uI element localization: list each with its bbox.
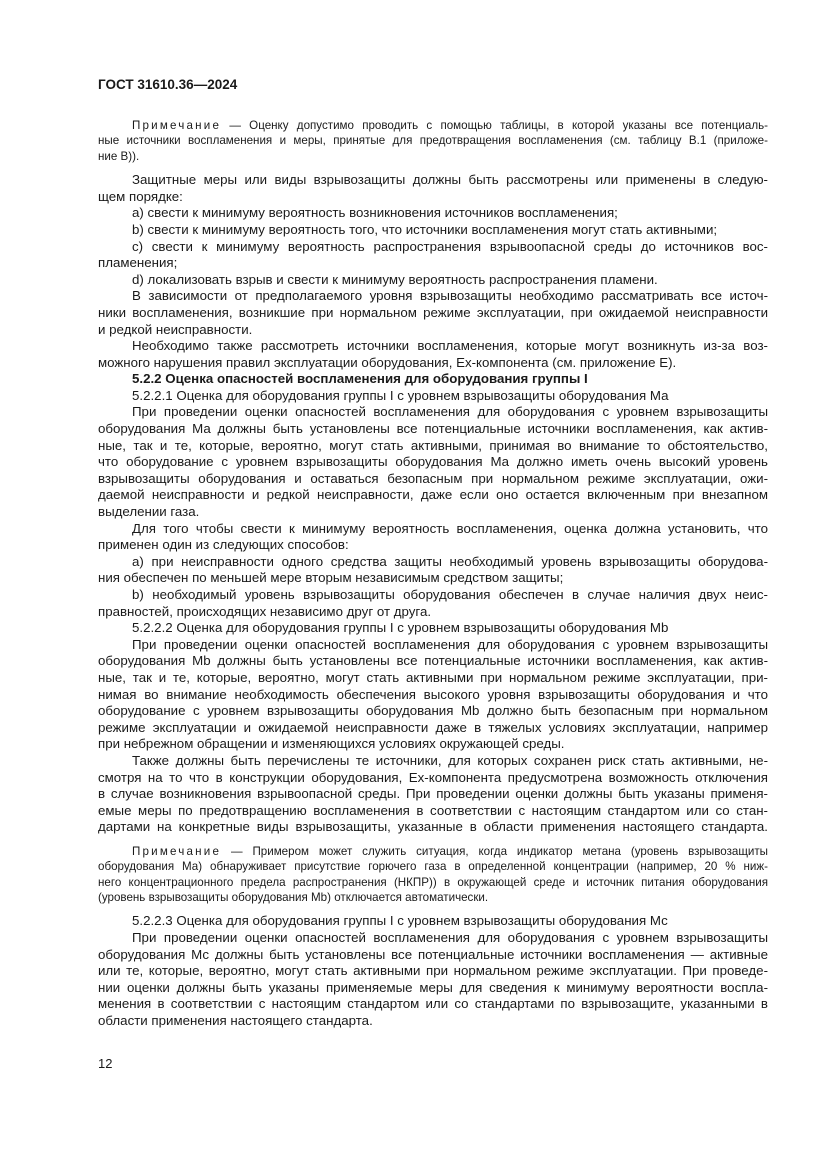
paragraph-line: применен один из следующих способов: [98,537,768,554]
note-label: Примечание [132,119,221,132]
paragraph-line: режиме эксплуатации и ожидаемой неисправ… [98,720,768,737]
paragraph-line: Необходимо также рассмотреть источники в… [98,338,768,355]
paragraph-line: При проведении оценки опасностей восплам… [98,930,768,947]
list-item-cont: ния обеспечен по меньшей мере вторым нез… [98,570,768,587]
paragraph-line: взрывозащиты оборудования и оставаться б… [98,471,768,488]
subsection-heading: 5.2.2.1 Оценка для оборудования группы I… [98,388,768,405]
paragraph-line: В зависимости от предполагаемого уровня … [98,288,768,305]
paragraph-line: При проведении оценки опасностей восплам… [98,404,768,421]
paragraph-line: оборудование с уровнем взрывозащиты обор… [98,703,768,720]
list-item-cont: пламенения; [98,255,768,272]
note-line: Примечание — Примером может служить ситу… [98,844,768,859]
paragraph-line: Защитные меры или виды взрывозащиты долж… [98,172,768,189]
paragraph-line: емые меры по предотвращению воспламенени… [98,803,768,820]
paragraph-line: или те, которые, вероятно, могут стать а… [98,963,768,980]
paragraph-line: в случае возникновения взрывоопасной сре… [98,786,768,803]
note-line: ные источники воспламенения и меры, прин… [98,133,768,148]
paragraph-line: оборудования Mb должны быть установлены … [98,653,768,670]
paragraph-line: нимая во внимание необходимость обеспече… [98,687,768,704]
note-block: Примечание — Примером может служить ситу… [98,844,768,906]
note-line: Примечание — Оценку допустимо проводить … [98,118,768,133]
paragraph-line: выделении газа. [98,504,768,521]
subsection-5222: 5.2.2.2 Оценка для оборудования группы I… [98,620,768,913]
section-heading: 5.2.2 Оценка опасностей воспламенения дл… [98,371,768,388]
note-label: Примечание [132,845,221,858]
document-page: ГОСТ 31610.36—2024 Примечание — Оценку д… [0,0,827,1169]
note-line: (уровень взрывозащиты оборудования Mb) о… [98,890,768,905]
note-line: него концентрационного предела распростр… [98,875,768,890]
note-line: ние В)). [98,149,768,164]
paragraph-line: области применения настоящего стандарта. [98,1013,768,1030]
paragraph-line: ники воспламенения, возникшие при нормал… [98,305,768,322]
page-number: 12 [98,1056,112,1071]
list-item: a) при неисправности одного средства защ… [98,554,768,571]
list-item-cont: правностей, происходящих независимо друг… [98,604,768,621]
paragraph-line: при небрежном обращении и изменяющихся у… [98,736,768,753]
subsection-heading: 5.2.2.2 Оценка для оборудования группы I… [98,620,768,637]
paragraph-line: щем порядке: [98,189,768,206]
paragraph-line: оборудования Ма должны быть установлены … [98,421,768,438]
paragraph-line: даемой неисправности и редкой неисправно… [98,487,768,504]
list-item: d) локализовать взрыв и свести к минимум… [98,272,768,289]
page-body: Примечание — Оценку допустимо проводить … [98,118,768,1030]
paragraph-line: дартами на конкретные виды взрывозащиты,… [98,819,768,836]
paragraph-line: ные, так и те, которые, вероятно, могут … [98,670,768,687]
paragraph-line: При проведении оценки опасностей восплам… [98,637,768,654]
subsection-5223: 5.2.2.3 Оценка для оборудования группы I… [98,913,768,1029]
subsection-heading: 5.2.2.3 Оценка для оборудования группы I… [98,913,768,930]
paragraph-line: менения в соответствии с настоящим станд… [98,996,768,1013]
paragraph-line: и редкой неисправности. [98,322,768,339]
paragraph-line: Для того чтобы свести к минимуму вероятн… [98,521,768,538]
paragraph-line: Также должны быть перечислены те источни… [98,753,768,770]
list-item: b) необходимый уровень взрывозащиты обор… [98,587,768,604]
standard-header: ГОСТ 31610.36—2024 [98,77,237,92]
note-block: Примечание — Оценку допустимо проводить … [98,118,768,164]
paragraph-line: что оборудование с уровнем взрывозащиты … [98,454,768,471]
protective-measures-section: Защитные меры или виды взрывозащиты долж… [98,172,768,371]
paragraph-line: нии оценки должны быть указаны применяем… [98,980,768,997]
paragraph-line: можного нарушения правил эксплуатации об… [98,355,768,372]
paragraph-line: ные, так и те, которые, вероятно, могут … [98,438,768,455]
paragraph-line: оборудования Мс должны быть установлены … [98,947,768,964]
list-item: a) свести к минимуму вероятность возникн… [98,205,768,222]
note-line: оборудования Ма) обнаруживает присутстви… [98,859,768,874]
list-item: c) свести к минимуму вероятность распрос… [98,239,768,256]
paragraph-line: смотря на то что в конструкции оборудова… [98,770,768,787]
list-item: b) свести к минимуму вероятность того, ч… [98,222,768,239]
subsection-5221: 5.2.2.1 Оценка для оборудования группы I… [98,388,768,620]
